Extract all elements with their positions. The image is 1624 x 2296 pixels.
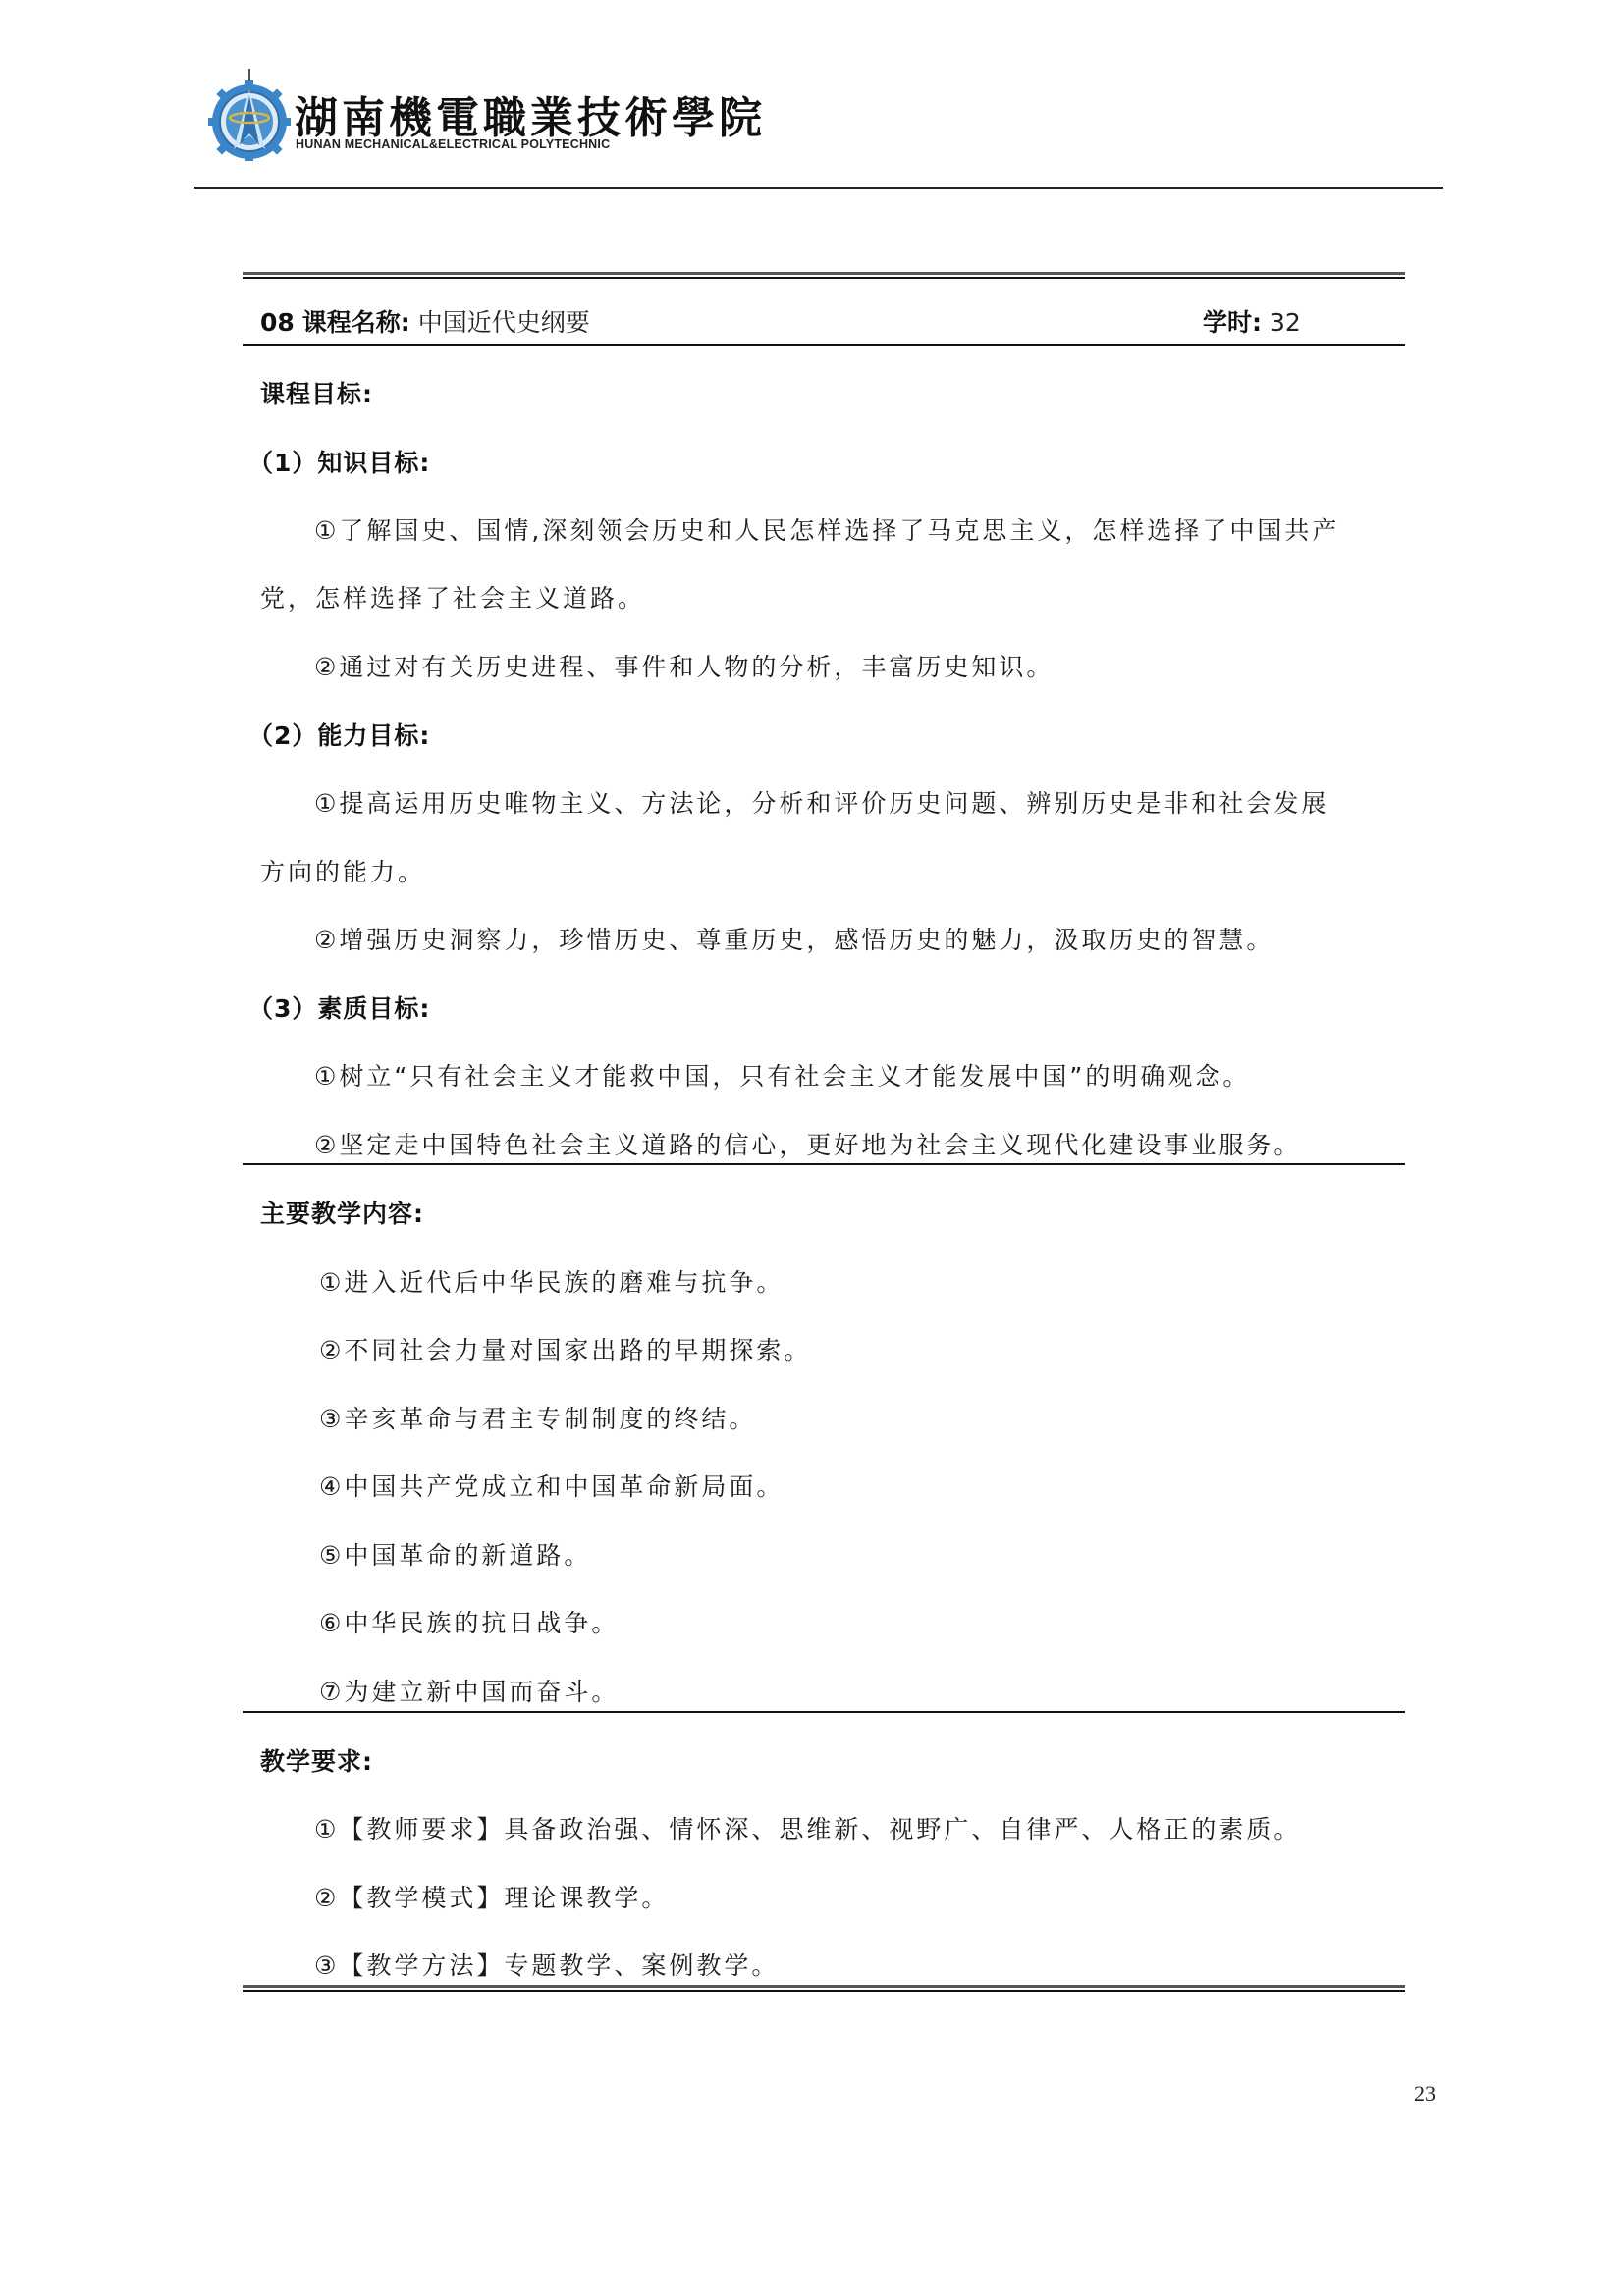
requirements-heading: 教学要求:: [260, 1742, 373, 1778]
page-header: 湖南機電職業技術學院 HUNAN MECHANICAL&ELECTRICAL P…: [194, 61, 1443, 169]
knowledge-item-1: ①了解国史、国情,深刻领会历史和人民怎样选择了马克思主义，怎样选择了中国共产: [314, 511, 1339, 547]
table-top-rule: [243, 272, 1405, 279]
table-bottom-rule: [243, 1985, 1405, 1992]
requirement-item-3: ③【教学方法】专题教学、案例教学。: [314, 1947, 779, 1982]
knowledge-objectives-heading: （1）知识目标:: [248, 444, 430, 479]
objectives-divider: [243, 1163, 1405, 1165]
content-item-3: ③辛亥革命与君主专制制度的终结。: [319, 1400, 756, 1435]
content-heading: 主要教学内容:: [260, 1195, 424, 1230]
college-emblem-icon: [208, 67, 291, 161]
content-item-7: ⑦为建立新中国而奋斗。: [319, 1673, 619, 1708]
requirement-item-1: ①【教师要求】具备政治强、情怀深、思维新、视野广、自律严、人格正的素质。: [314, 1810, 1301, 1845]
course-name-value: 中国近代史纲要: [418, 308, 590, 337]
page-number: 23: [1414, 2081, 1435, 2107]
knowledge-item-1-cont: 党，怎样选择了社会主义道路。: [260, 579, 645, 614]
content-item-4: ④中国共产党成立和中国革命新局面。: [319, 1468, 784, 1503]
ability-item-1-cont: 方向的能力。: [260, 853, 425, 888]
content-divider: [243, 1711, 1405, 1713]
school-name-english: HUNAN MECHANICAL&ELECTRICAL POLYTECHNIC: [296, 137, 610, 151]
ability-item-1: ①提高运用历史唯物主义、方法论，分析和评价历史问题、辨别历史是非和社会发展: [314, 784, 1328, 820]
ability-item-2: ②增强历史洞察力，珍惜历史、尊重历史，感悟历史的魅力，汲取历史的智慧。: [314, 921, 1273, 956]
title-row-divider: [243, 344, 1405, 346]
content-item-6: ⑥中华民族的抗日战争。: [319, 1604, 619, 1639]
course-number: 08: [260, 308, 295, 337]
quality-item-2: ②坚定走中国特色社会主义道路的信心，更好地为社会主义现代化建设事业服务。: [314, 1126, 1301, 1161]
header-divider: [194, 187, 1443, 189]
content-item-5: ⑤中国革命的新道路。: [319, 1536, 591, 1572]
content-item-2: ②不同社会力量对国家出路的早期探索。: [319, 1331, 811, 1366]
course-title-row: 08 课程名称: 中国近代史纲要: [260, 303, 590, 339]
knowledge-item-2: ②通过对有关历史进程、事件和人物的分析，丰富历史知识。: [314, 648, 1054, 683]
hours-label: 学时:: [1203, 308, 1262, 337]
quality-objectives-heading: （3）素质目标:: [248, 989, 430, 1025]
course-hours: 学时: 32: [1203, 303, 1301, 339]
requirement-item-2: ②【教学模式】理论课教学。: [314, 1879, 669, 1914]
objectives-heading: 课程目标:: [260, 375, 373, 410]
quality-item-1: ①树立“只有社会主义才能救中国，只有社会主义才能发展中国”的明确观念。: [314, 1057, 1250, 1093]
course-name-label: 课程名称:: [302, 308, 410, 337]
ability-objectives-heading: （2）能力目标:: [248, 717, 430, 752]
content-item-1: ①进入近代后中华民族的磨难与抗争。: [319, 1263, 784, 1299]
school-name-chinese: 湖南機電職業技術學院: [295, 82, 766, 145]
hours-value: 32: [1270, 308, 1301, 337]
